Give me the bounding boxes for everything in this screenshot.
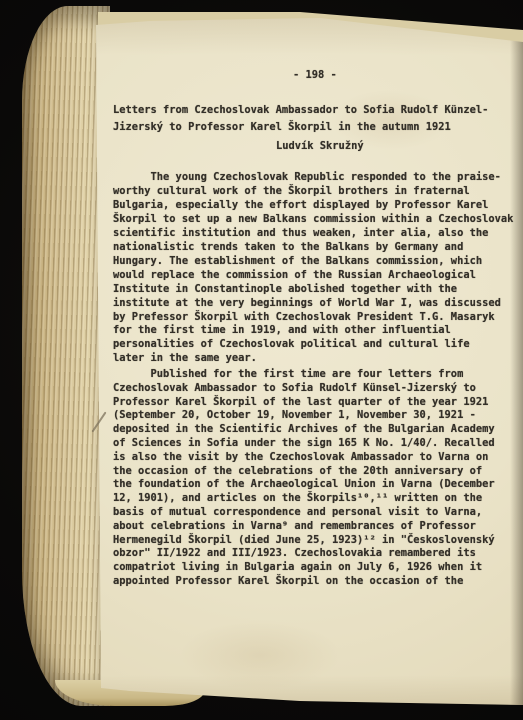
paragraph-1: The young Czechoslovak Republic responde… — [113, 171, 513, 366]
photo-background: - 198 - Letters from Czechoslovak Ambass… — [0, 0, 523, 720]
text-line: Letters from Czechoslovak Ambassador to … — [113, 102, 488, 119]
text-line: the occasion of the celebrations of the … — [113, 465, 495, 479]
article-title: Letters from Czechoslovak Ambassador to … — [113, 102, 488, 135]
text-line: Professor Karel Škorpil of the last quar… — [113, 396, 495, 410]
text-line: would replace the commission of the Russ… — [113, 269, 513, 283]
text-line: basis of mutual correspondence and perso… — [113, 506, 495, 520]
text-line: Institute in Constantinople abolished to… — [113, 283, 513, 297]
text-line: compatriot living in Bulgaria again on J… — [113, 561, 495, 575]
article-author: Ludvík Skružný — [276, 140, 364, 152]
text-line: of Sciences in Sofia under the sign 165 … — [113, 437, 495, 451]
paragraph-2: Published for the first time are four le… — [113, 368, 495, 589]
text-line: (September 20, October 19, November 1, N… — [113, 409, 495, 423]
text-line: is also the visit by the Czechoslovak Am… — [113, 451, 495, 465]
text-line: the foundation of the Archaeological Uni… — [113, 478, 495, 492]
typewritten-text: - 198 - Letters from Czechoslovak Ambass… — [0, 0, 523, 720]
text-line: for the first time in 1919, and with oth… — [113, 324, 513, 338]
text-line: later in the same year. — [113, 352, 513, 366]
text-line: Hungary. The establishment of the Balkan… — [113, 255, 513, 269]
text-line: Škorpil to set up a new Balkans commissi… — [113, 213, 513, 227]
page-number: - 198 - — [293, 69, 337, 81]
text-line: worthy cultural work of the Škorpil brot… — [113, 185, 513, 199]
text-line: Published for the first time are four le… — [113, 368, 495, 382]
text-line: about celebrations in Varna⁹ and remembr… — [113, 520, 495, 534]
text-line: Bulgaria, especially the effort displaye… — [113, 199, 513, 213]
text-line: nationalistic trends taken to the Balkan… — [113, 241, 513, 255]
text-line: by Prefessor Škorpil with Czechoslovak P… — [113, 311, 513, 325]
text-line: deposited in the Scientific Archives of … — [113, 423, 495, 437]
text-line: The young Czechoslovak Republic responde… — [113, 171, 513, 185]
text-line: Czechoslovak Ambassador to Sofia Rudolf … — [113, 382, 495, 396]
text-line: 12, 1901), and articles on the Škorpils¹… — [113, 492, 495, 506]
text-line: institute at the very beginnings of Worl… — [113, 297, 513, 311]
text-line: personalities of Czechoslovak political … — [113, 338, 513, 352]
text-line: scientific institution and thus weaken, … — [113, 227, 513, 241]
text-line: Hermenegild Škorpil (died June 25, 1923)… — [113, 534, 495, 548]
text-line: Jizerský to Professor Karel Škorpil in t… — [113, 119, 488, 136]
text-line: appointed Professor Karel Škorpil on the… — [113, 575, 495, 589]
text-line: obzor" II/1922 and III/1923. Czechoslova… — [113, 547, 495, 561]
